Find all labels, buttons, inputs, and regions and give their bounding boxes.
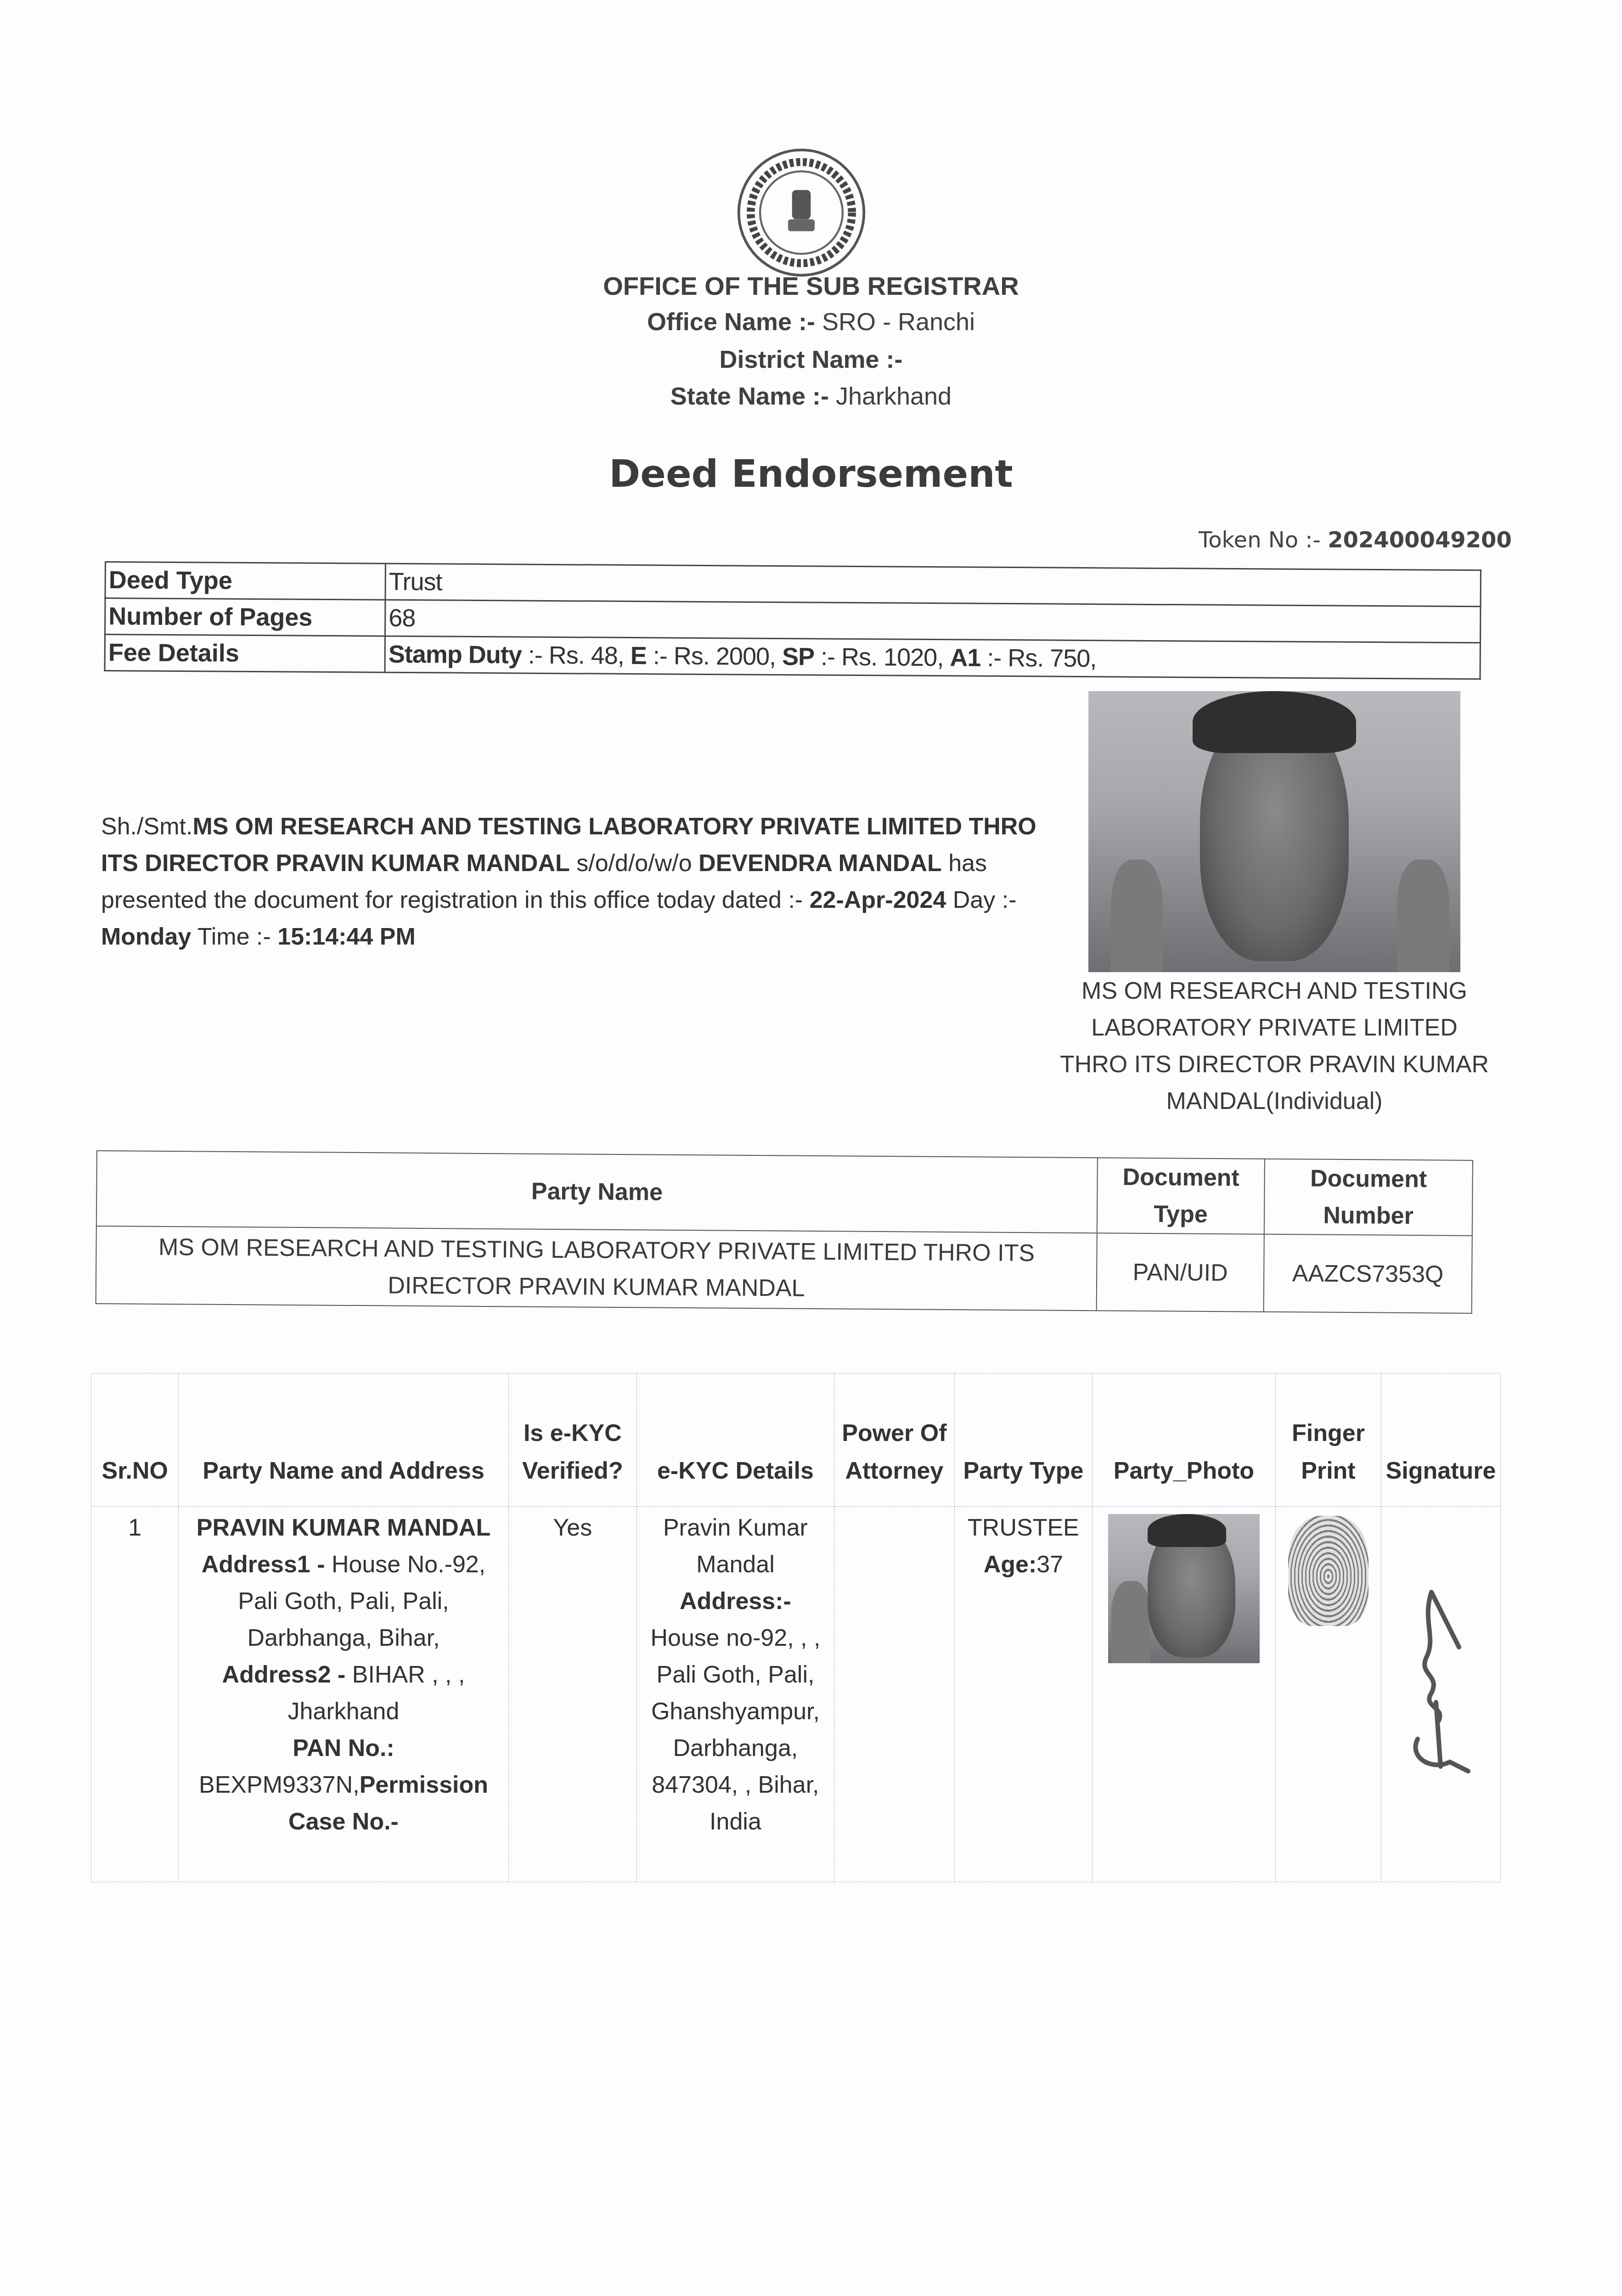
- hair: [1193, 691, 1356, 753]
- signature-cell: [1381, 1507, 1500, 1882]
- table-row: 1 PRAVIN KUMAR MANDAL Address1 - House N…: [91, 1507, 1501, 1882]
- fee-details: Stamp Duty :- Rs. 48, E :- Rs. 2000, SP …: [385, 636, 1480, 679]
- state-name: State Name :- Jharkhand: [0, 382, 1622, 411]
- party-type-cell: TRUSTEE Age:37: [955, 1507, 1093, 1882]
- party-name: MS OM RESEARCH AND TESTING LABORATORY PR…: [96, 1226, 1097, 1311]
- header-document-type: Document Type: [1097, 1158, 1265, 1234]
- header-finger-print: Finger Print: [1275, 1373, 1381, 1507]
- fingerprint-cell: [1275, 1507, 1381, 1882]
- pages-value: 68: [385, 600, 1481, 643]
- fee-value: :- Rs. 2000,: [653, 642, 776, 670]
- presentation-time: 15:14:44 PM: [277, 923, 416, 950]
- fee-name: Stamp Duty: [389, 641, 522, 669]
- office-title: OFFICE OF THE SUB REGISTRAR: [0, 271, 1622, 301]
- header-power-of-attorney: Power Of Attorney: [834, 1373, 954, 1507]
- fee-label: Fee Details: [105, 635, 385, 673]
- pan-label: PAN No.:: [293, 1735, 394, 1761]
- pan-number: BEXPM9337N,: [199, 1772, 360, 1798]
- fee-name: SP: [782, 643, 814, 670]
- presentation-date: 22-Apr-2024: [810, 887, 946, 913]
- party-table-header: Party Name Document Type Document Number: [96, 1151, 1473, 1236]
- ekyc-address: House no-92, , , Pali Goth, Pali, Ghansh…: [650, 1625, 820, 1835]
- sr-no: 1: [91, 1507, 179, 1882]
- detail-table-header: Sr.NO Party Name and Address Is e-KYC Ve…: [91, 1373, 1501, 1507]
- document-number: AAZCS7353Q: [1264, 1234, 1472, 1313]
- presenter-photo-caption: MS OM RESEARCH AND TESTING LABORATORY PR…: [1056, 973, 1492, 1120]
- fingerprint-icon: [1288, 1516, 1369, 1626]
- party-name: PRAVIN KUMAR MANDAL: [197, 1514, 490, 1541]
- hair: [1148, 1514, 1227, 1547]
- district-name: District Name :-: [0, 345, 1622, 374]
- ekyc-details: Pravin Kumar Mandal Address:- House no-9…: [637, 1507, 834, 1882]
- header-sr-no: Sr.NO: [91, 1373, 179, 1507]
- presenter-prefix: Sh./Smt.: [101, 813, 192, 840]
- party-photo-cell: [1092, 1507, 1275, 1882]
- party-photo: [1108, 1514, 1260, 1663]
- power-of-attorney: [834, 1507, 954, 1882]
- presenter-relative-name: DEVENDRA MANDAL: [698, 850, 942, 877]
- table-row: MS OM RESEARCH AND TESTING LABORATORY PR…: [96, 1226, 1472, 1313]
- token-value: 202400049200: [1328, 527, 1512, 553]
- state-name-value: Jharkhand: [836, 383, 952, 410]
- token-number: Token No :- 202400049200: [1199, 527, 1512, 553]
- ekyc-verified: Yes: [508, 1507, 637, 1882]
- deed-type-label: Deed Type: [105, 562, 385, 600]
- header-signature: Signature: [1381, 1373, 1500, 1507]
- day-label: Day :-: [953, 887, 1017, 913]
- presenter-photo: [1088, 691, 1460, 972]
- document-type: PAN/UID: [1097, 1233, 1264, 1312]
- fee-row: Fee Details Stamp Duty :- Rs. 48, E :- R…: [105, 635, 1480, 679]
- party-document-table: Party Name Document Type Document Number…: [96, 1150, 1473, 1314]
- background-person: [1397, 860, 1449, 972]
- office-name-value: SRO - Ranchi: [822, 308, 975, 336]
- office-name: Office Name :- SRO - Ranchi: [0, 308, 1622, 336]
- header-party-name-address: Party Name and Address: [179, 1373, 508, 1507]
- presentation-day: Monday: [101, 923, 191, 950]
- state-emblem-icon: [735, 146, 868, 279]
- background-person: [1111, 1581, 1151, 1663]
- header-ekyc-verified: Is e-KYC Verified?: [508, 1373, 637, 1507]
- age-value: 37: [1036, 1551, 1063, 1578]
- office-name-label: Office Name :-: [647, 308, 815, 336]
- address1-label: Address1 -: [202, 1551, 325, 1578]
- fee-name: E: [631, 642, 647, 670]
- fee-value: :- Rs. 750,: [987, 644, 1096, 672]
- party-detail-table: Sr.NO Party Name and Address Is e-KYC Ve…: [91, 1373, 1501, 1882]
- presenter-statement: Sh./Smt.MS OM RESEARCH AND TESTING LABOR…: [101, 808, 1065, 955]
- document-title: Deed Endorsement: [0, 452, 1622, 496]
- deed-type-value: Trust: [385, 563, 1481, 607]
- ekyc-name: Pravin Kumar Mandal: [663, 1514, 808, 1578]
- signature-icon: [1395, 1583, 1487, 1776]
- state-name-label: State Name :-: [670, 383, 829, 410]
- ekyc-address-label: Address:-: [680, 1588, 791, 1615]
- district-name-label: District Name :-: [719, 346, 902, 373]
- token-label: Token No :-: [1199, 527, 1321, 553]
- fee-value: :- Rs. 48,: [528, 642, 624, 670]
- header-party-name: Party Name: [96, 1151, 1098, 1233]
- header-party-photo: Party_Photo: [1092, 1373, 1275, 1507]
- age-label: Age:: [984, 1551, 1037, 1578]
- background-person: [1111, 860, 1163, 972]
- fee-value: :- Rs. 1020,: [821, 643, 943, 672]
- header-ekyc-details: e-KYC Details: [637, 1373, 834, 1507]
- header-document-number: Document Number: [1264, 1159, 1473, 1236]
- party-type: TRUSTEE: [968, 1514, 1079, 1541]
- presenter-relation: s/o/d/o/w/o: [576, 850, 692, 877]
- header-party-type: Party Type: [955, 1373, 1093, 1507]
- deed-info-table: Deed Type Trust Number of Pages 68 Fee D…: [104, 561, 1481, 680]
- address2-label: Address2 -: [222, 1661, 346, 1688]
- fee-name: A1: [950, 644, 980, 671]
- pages-label: Number of Pages: [105, 598, 385, 636]
- time-label: Time :-: [197, 923, 271, 950]
- party-name-address: PRAVIN KUMAR MANDAL Address1 - House No.…: [179, 1507, 508, 1882]
